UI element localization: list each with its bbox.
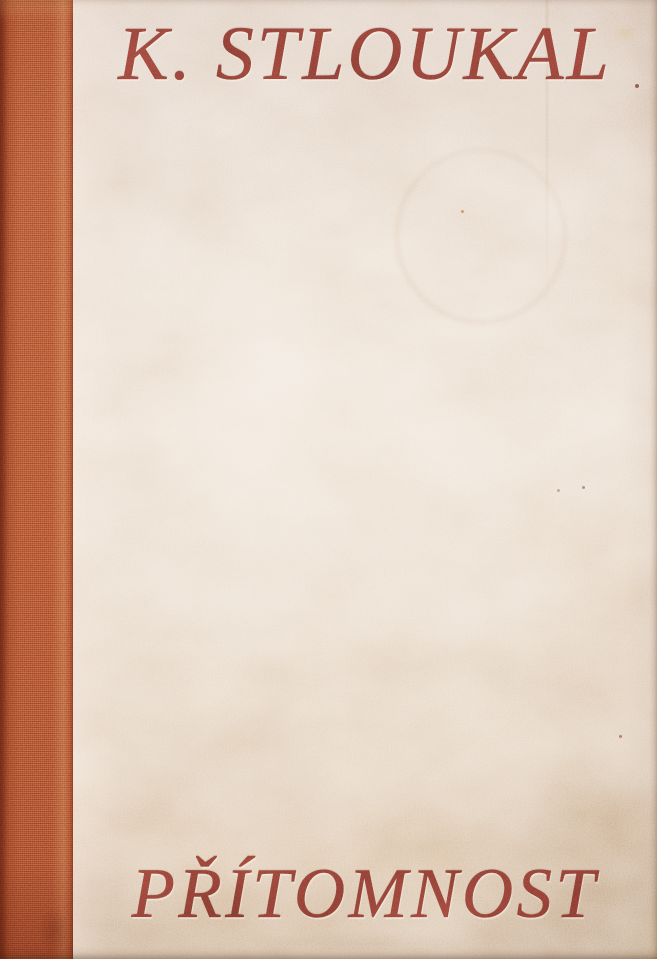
book-cover-photo: K. STLOUKAL PŘÍTOMNOST [0,0,657,959]
book-title: PŘÍTOMNOST [73,859,657,930]
ring-stain [395,148,567,324]
author-name: K. STLOUKAL [73,16,657,92]
paper-speck [557,489,560,492]
spine-bottom-wear [38,907,68,953]
front-cover: K. STLOUKAL PŘÍTOMNOST [73,0,657,959]
book-spine [0,0,73,959]
paper-speck [582,486,585,489]
bottom-stain [253,931,473,957]
paper-speck [461,210,464,213]
paper-speck [619,735,622,738]
